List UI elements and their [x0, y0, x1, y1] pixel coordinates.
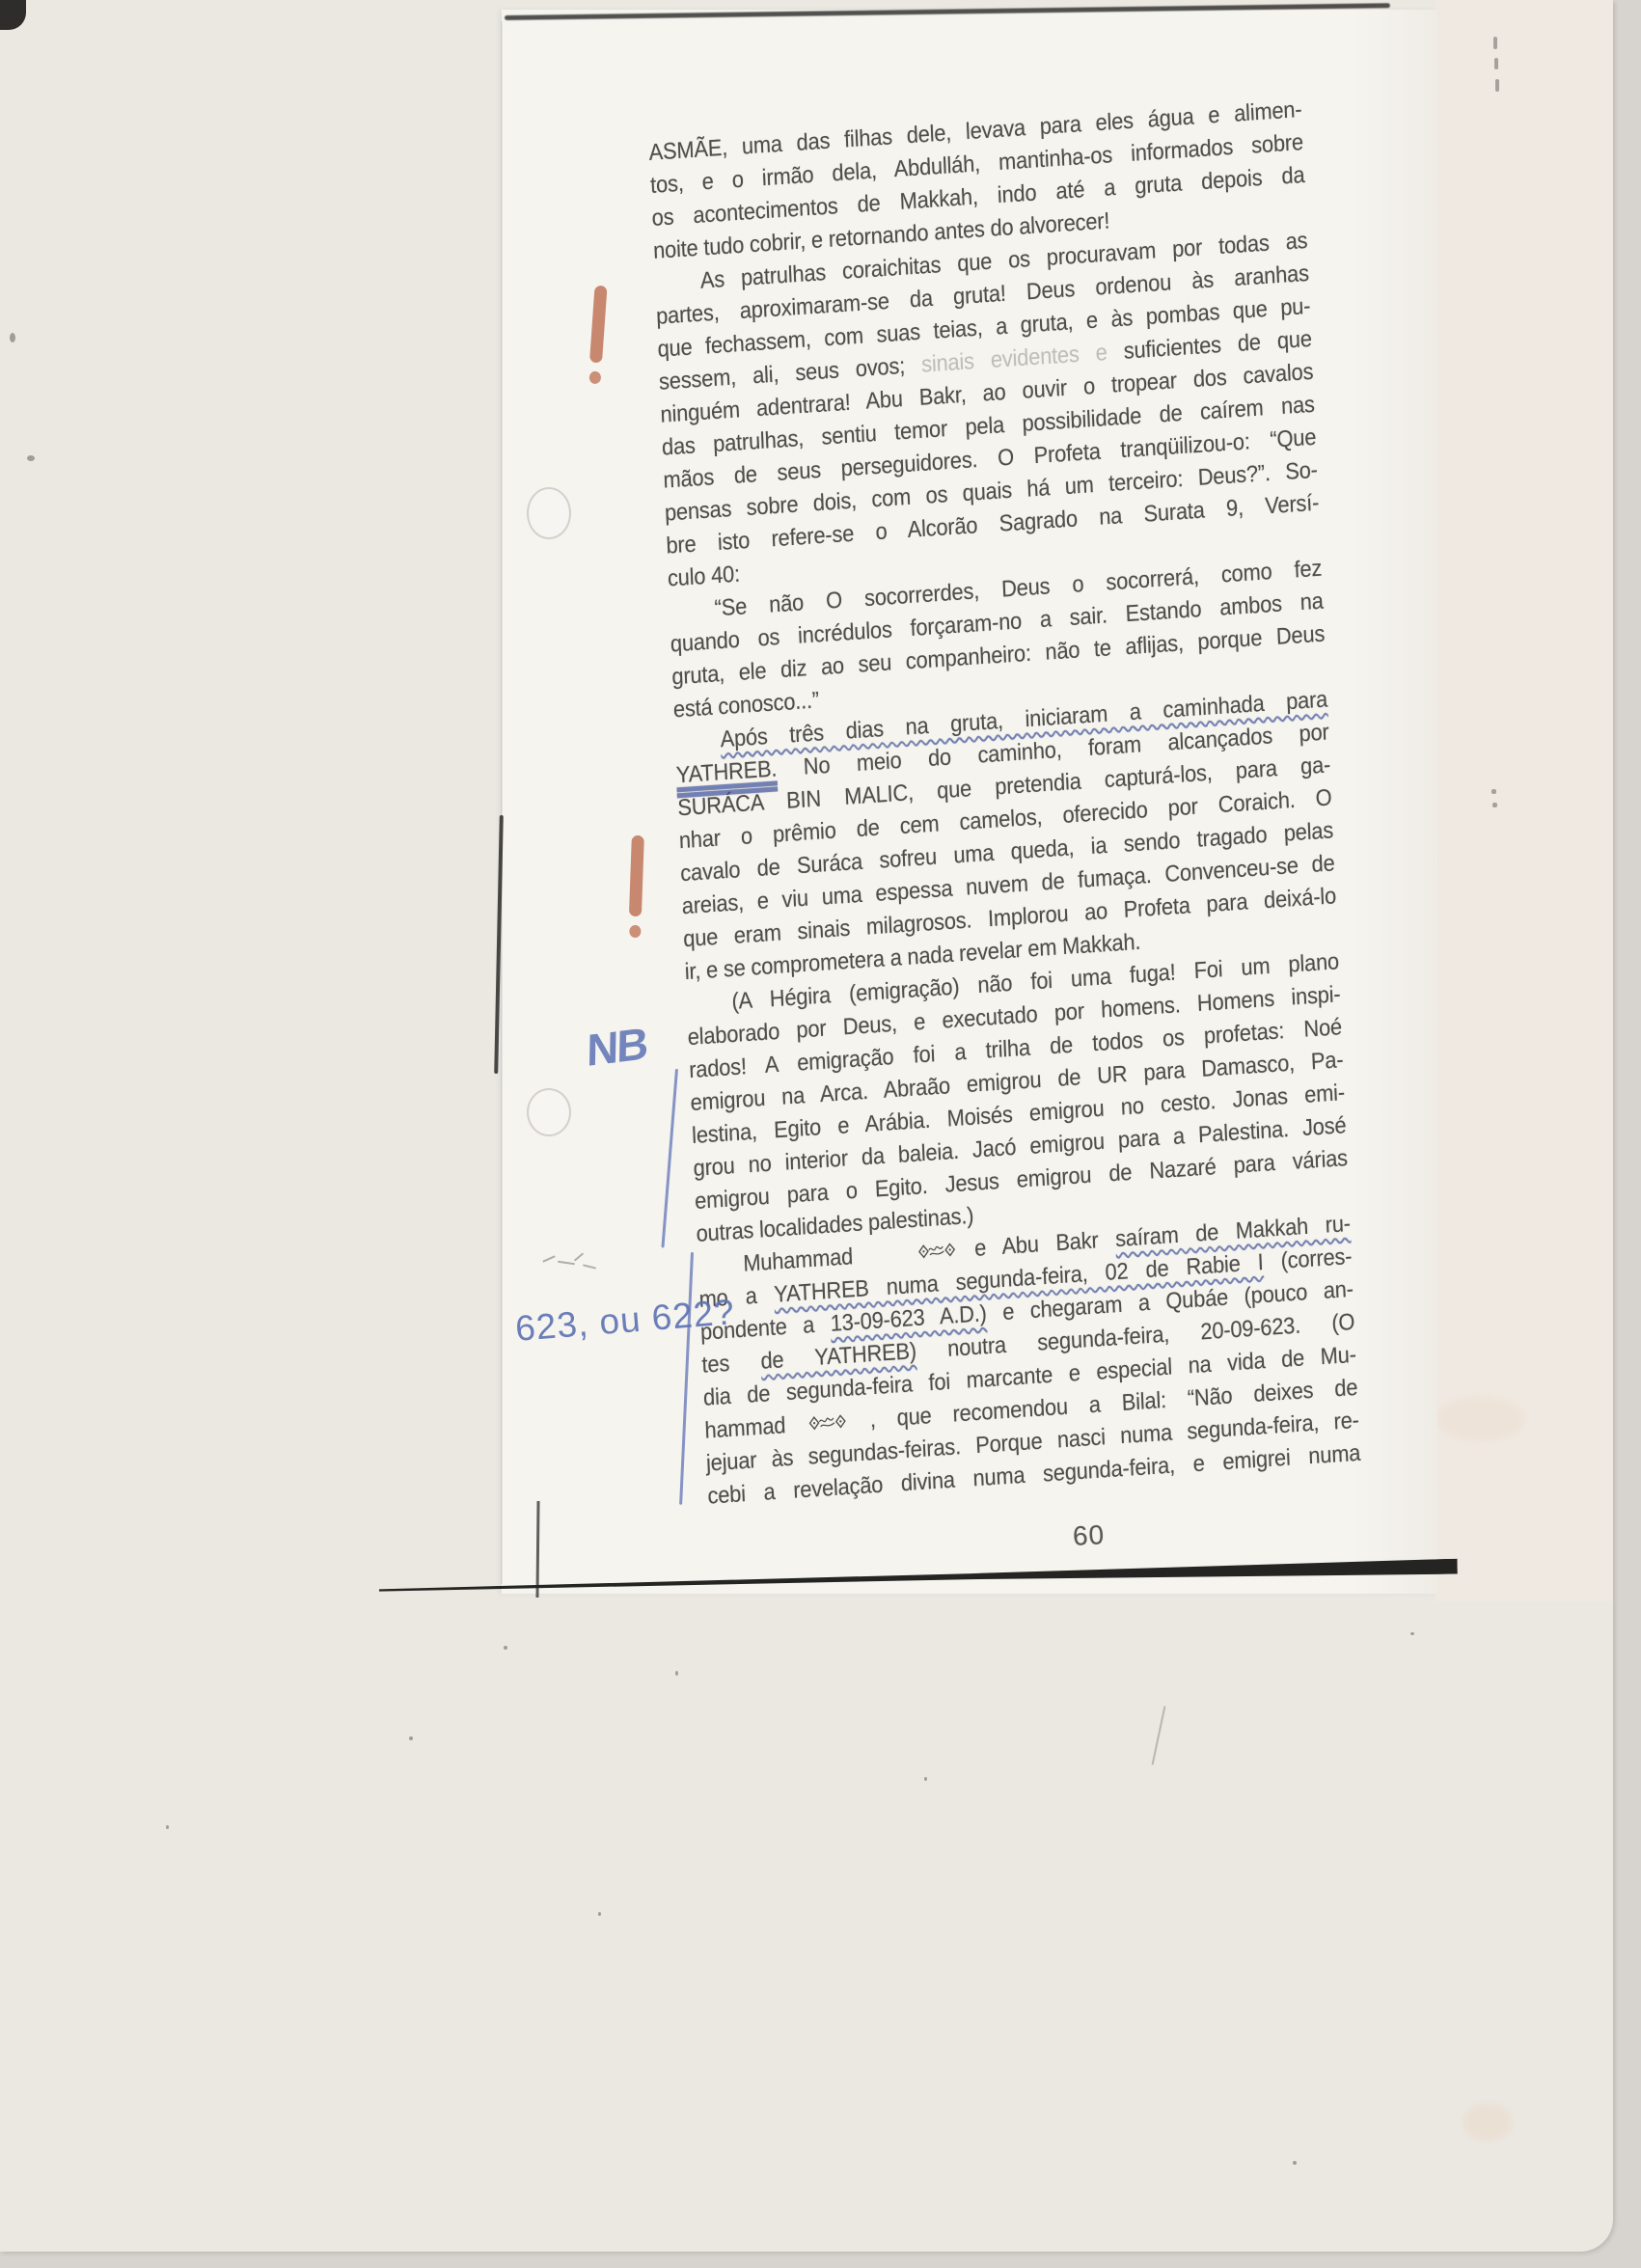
paper-speck: [1410, 1632, 1414, 1635]
page-left-edge: [501, 21, 503, 1584]
paper-speck: [166, 1825, 169, 1829]
stray-dashes-mark: [1493, 37, 1501, 98]
backing-sheet-tint: [1436, 0, 1613, 1601]
paper-speck: [10, 333, 15, 342]
exclamation-dot: [588, 371, 601, 385]
scan-background: { "page": { "number": "60", "paragraphs"…: [0, 0, 1641, 2268]
paper-smudge: [1463, 2103, 1513, 2142]
paper-speck: [409, 1736, 413, 1740]
paper-speck: [598, 1912, 601, 1916]
text-segment: YATHREB.: [675, 755, 778, 788]
stray-colon-mark: [1491, 789, 1497, 814]
text-segment: hammad: [704, 1411, 807, 1444]
text-segment: tes: [701, 1349, 761, 1379]
text-segment: Muhammad: [743, 1243, 870, 1277]
nb-annotation: NB: [587, 1017, 647, 1077]
paper-speck: [27, 455, 35, 461]
paper-speck: [924, 1777, 927, 1781]
punch-hole: [527, 1088, 571, 1136]
paper-smudge: [1437, 1397, 1524, 1441]
exclamation-dot: [629, 925, 641, 938]
text-segment: (corres-: [1263, 1243, 1353, 1275]
paper-speck: [675, 1671, 678, 1676]
text-segment: culo 40:: [667, 561, 740, 592]
paper-speck: [1293, 2161, 1297, 2165]
paper-speck: [504, 1646, 507, 1650]
pencil-scribble: [540, 1252, 598, 1285]
text-block: ASMÃE, uma das filhas dele, levava para …: [648, 94, 1361, 1514]
page-number: 60: [1072, 1519, 1106, 1552]
punch-hole: [527, 487, 571, 539]
